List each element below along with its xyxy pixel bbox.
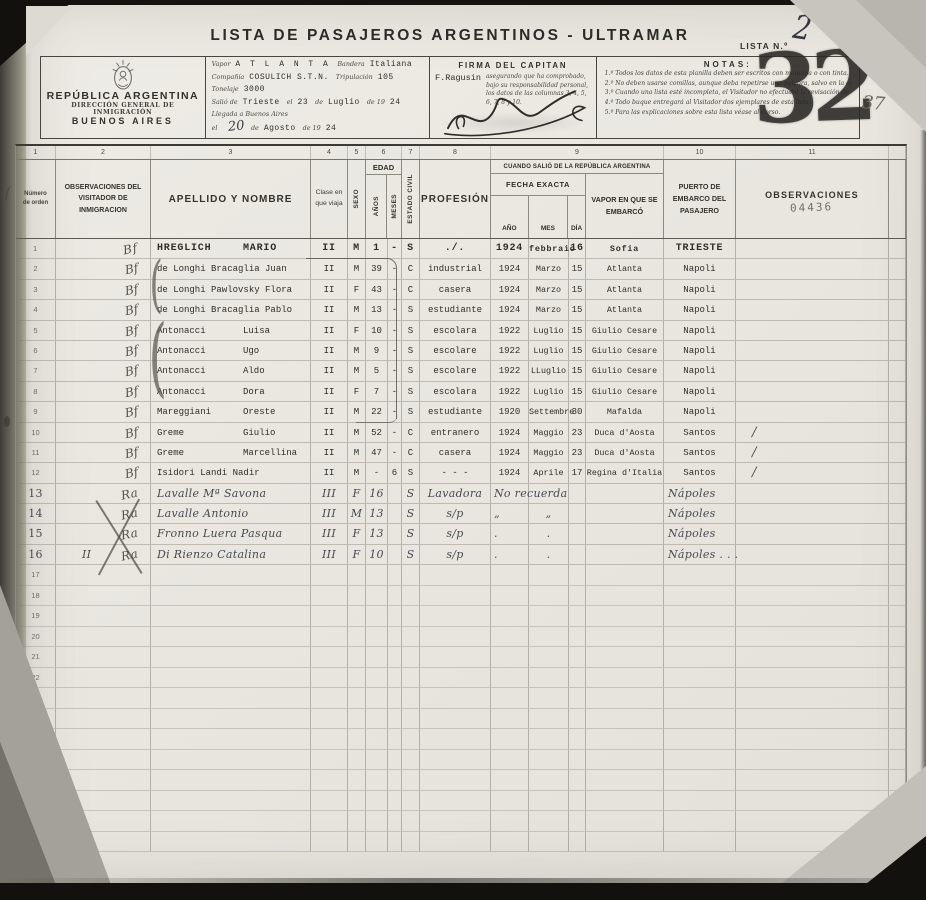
civil-status-cell: S <box>402 504 420 524</box>
visitor-mark: Bf <box>123 360 140 383</box>
travel-class-cell: II <box>311 239 348 259</box>
observations-cell: / <box>736 423 889 443</box>
exit-vessel-cell: Giulio Cesare <box>586 341 664 361</box>
visitor-mark-cell: Bf <box>56 321 151 341</box>
observations-cell <box>736 341 889 361</box>
profession-cell: ./. <box>420 239 491 259</box>
passenger-given-name: Luisa <box>243 321 270 341</box>
passenger-given-name: Giulio <box>243 423 275 443</box>
exit-month-cell: „ <box>529 504 569 524</box>
table-row: 10 Bf GremeGiulio II M 52 - C entranero … <box>16 423 906 443</box>
passenger-name-cell: Isidori Landi Nadir <box>151 463 311 483</box>
visitor-mark-cell: Ra <box>56 524 151 544</box>
exit-month-cell: . <box>529 545 569 565</box>
profession-cell: - - - <box>420 463 491 483</box>
sex-cell: M <box>348 504 366 524</box>
exit-day-cell: 16 <box>569 239 586 259</box>
passenger-name-cell: AntonacciAldo <box>151 361 311 381</box>
row-number: 12 <box>16 463 56 483</box>
embark-port-cell: Nápoles <box>664 504 736 524</box>
exit-vessel-cell <box>586 545 664 565</box>
family-group-brace: ( <box>149 314 167 400</box>
row-number: 17 <box>16 565 56 586</box>
table-row: 12 Bf Isidori Landi Nadir II M - 6 S - -… <box>16 463 906 483</box>
org-direction: DIRECCIÓN GENERAL DE INMIGRACIÓN <box>41 102 205 116</box>
departure-port: Trieste <box>243 98 280 107</box>
empty-table-row: 18 <box>16 586 906 607</box>
exit-month-cell <box>529 484 569 504</box>
arrival-label: Llegada a Buenos Aires <box>212 110 288 118</box>
passenger-name-cell: de Longhi Pawlovsky Flora <box>151 280 311 300</box>
empty-table-row: 17 <box>16 565 906 586</box>
row-number: 5 <box>16 321 56 341</box>
empty-table-row: 22 <box>16 668 906 689</box>
margin-cell <box>889 239 906 259</box>
exit-day-cell: 15 <box>569 300 586 320</box>
empty-table-row: 27 <box>16 770 906 791</box>
exit-month-cell: Marzo <box>529 259 569 279</box>
empty-table-row: 23 <box>16 688 906 709</box>
passenger-given-name: MARIO <box>243 239 277 259</box>
org-name: REPÚBLICA ARGENTINA <box>41 90 205 102</box>
margin-cell <box>889 300 906 320</box>
age-years-cell: 10 <box>366 545 388 565</box>
age-years-cell: 1 <box>366 239 388 259</box>
exit-year-cell: 1922 <box>491 382 529 402</box>
row-number: 13 <box>16 484 56 504</box>
embark-port-cell: Napoli <box>664 361 736 381</box>
age-months-cell <box>388 484 402 504</box>
passenger-surname: Mareggiani <box>157 407 211 417</box>
exit-day-cell: 15 <box>569 382 586 402</box>
passenger-given-name: Ugo <box>243 341 259 361</box>
arrival-day-handwritten: 20 <box>228 118 246 135</box>
header-age-group: EDAD AÑOS MESES <box>366 160 402 238</box>
observations-cell: / <box>736 463 889 483</box>
header-visitor-observations: OBSERVACIONES DEL VISITADOR DE INMIGRACI… <box>56 160 151 238</box>
visitor-mark-cell: Bf <box>56 463 151 483</box>
sex-cell: F <box>348 524 366 544</box>
captain-box: FIRMA DEL CAPITAN F.Ragusin asegurando q… <box>430 57 597 138</box>
exit-vessel-cell: Giulio Cesare <box>586 321 664 341</box>
row-number: 7 <box>16 361 56 381</box>
travel-class-cell: III <box>311 524 348 544</box>
header-class: Clase en que viaja <box>311 160 348 238</box>
observations-cell <box>736 280 889 300</box>
visitor-mark-cell: Bf <box>56 280 151 300</box>
exit-month-cell: Maggio <box>529 423 569 443</box>
exit-year-cell: 1922 <box>491 361 529 381</box>
exit-vessel-cell: Atlanta <box>586 280 664 300</box>
exit-year-cell: No recuerda <box>491 484 529 504</box>
row-number: 14 <box>16 504 56 524</box>
embark-port-cell: Napoli <box>664 321 736 341</box>
vessel-name: A T L A N T A <box>235 60 330 69</box>
exit-month-cell: Aprile <box>529 463 569 483</box>
age-months-cell <box>388 524 402 544</box>
age-months-cell: 6 <box>388 463 402 483</box>
age-years-cell: 13 <box>366 504 388 524</box>
company-value: COSULICH S.T.N. <box>249 73 329 82</box>
empty-table-row: 25 <box>16 729 906 750</box>
company-label: Compañía <box>212 73 245 81</box>
empty-table-row: 29 <box>16 811 906 832</box>
captain-signature <box>436 78 591 142</box>
embark-port-cell: TRIESTE <box>664 239 736 259</box>
header-exit-group: CUANDO SALIÓ DE LA REPÚBLICA ARGENTINA F… <box>491 160 664 238</box>
row-number: 10 <box>16 423 56 443</box>
visitor-mark: Bf <box>123 442 140 465</box>
sex-cell: M <box>348 239 366 259</box>
ship-row-company: Compañía COSULICH S.T.N. Tripulación 105 <box>212 73 423 86</box>
civil-status-cell: S <box>402 300 420 320</box>
empty-table-row: 30 <box>16 832 906 853</box>
header-exit-title: CUANDO SALIÓ DE LA REPÚBLICA ARGENTINA <box>491 160 663 174</box>
flag-value: Italiana <box>370 60 412 69</box>
visitor-mark-cell: Bf <box>56 239 151 259</box>
embark-port-cell: Napoli <box>664 382 736 402</box>
margin-cell <box>889 280 906 300</box>
ship-row-departure: Salió de Trieste el 23 de Luglio de 19 2… <box>212 98 423 111</box>
embark-port-cell: Napoli <box>664 341 736 361</box>
exit-vessel-cell: Giulio Cesare <box>586 382 664 402</box>
visitor-mark-cell: Bf <box>56 300 151 320</box>
exit-month-cell: . <box>529 524 569 544</box>
age-years-cell: 13 <box>366 524 388 544</box>
org-city: BUENOS AIRES <box>41 116 205 126</box>
visitor-mark-cell: Bf <box>56 361 151 381</box>
margin-cell <box>889 361 906 381</box>
profession-cell: escolare <box>420 341 491 361</box>
margin-cell <box>889 463 906 483</box>
row-number: 8 <box>16 382 56 402</box>
margin-cell <box>889 443 906 463</box>
header-info-boxes: REPÚBLICA ARGENTINA DIRECCIÓN GENERAL DE… <box>40 56 860 139</box>
travel-class-cell: III <box>311 504 348 524</box>
empty-table-row: 26 <box>16 750 906 771</box>
header-age-months: MESES <box>387 175 401 238</box>
page-right-edge-shadow <box>920 130 926 770</box>
civil-status-cell: C <box>402 259 420 279</box>
profession-cell: entranero <box>420 423 491 443</box>
exit-day-cell: 23 <box>569 423 586 443</box>
profession-cell: s/p <box>420 524 491 544</box>
exit-year-cell: . <box>491 545 529 565</box>
embark-port-cell: Napoli <box>664 259 736 279</box>
exit-day-cell <box>569 484 586 504</box>
profession-cell: s/p <box>420 504 491 524</box>
table-row: 14 Ra Lavalle Antonio III M 13 S s/p „ „… <box>16 504 906 524</box>
exit-year-cell: 1924 <box>491 259 529 279</box>
captain-box-title: FIRMA DEL CAPITAN <box>430 61 596 70</box>
margin-pencil-mark <box>4 416 10 427</box>
ship-info-box: Vapor A T L A N T A Bandera Italiana Com… <box>206 57 430 138</box>
exit-day-cell: 15 <box>569 280 586 300</box>
civil-status-cell: S <box>402 239 420 259</box>
passenger-given-name: Aldo <box>243 361 265 381</box>
exit-year-cell: 1924 <box>491 280 529 300</box>
visitor-mark: Bf <box>123 381 140 404</box>
row-number: 4 <box>16 300 56 320</box>
passenger-surname: Greme <box>157 428 184 438</box>
row-number: 6 <box>16 341 56 361</box>
exit-vessel-cell: Sofia <box>586 239 664 259</box>
profession-cell: Lavadora <box>420 484 491 504</box>
exit-month-cell: Settembre <box>529 402 569 422</box>
profession-cell: escolare <box>420 361 491 381</box>
profession-cell: casera <box>420 443 491 463</box>
exit-day-cell: 15 <box>569 341 586 361</box>
table-header-row: Número de orden OBSERVACIONES DEL VISITA… <box>16 160 906 239</box>
profession-cell: estudiante <box>420 402 491 422</box>
exit-month-cell: febbraio <box>529 239 569 259</box>
exit-month-cell: Maggio <box>529 443 569 463</box>
observations-cell <box>736 402 889 422</box>
civil-status-cell: C <box>402 280 420 300</box>
empty-table-row: 21 <box>16 647 906 668</box>
civil-status-cell: S <box>402 321 420 341</box>
exit-vessel-cell <box>586 504 664 524</box>
departure-day: 23 <box>298 98 309 107</box>
visitor-mark: Bf <box>123 258 140 281</box>
margin-cell <box>889 484 906 504</box>
observations-cell <box>736 239 889 259</box>
header-profession: PROFESIÓN <box>420 160 491 238</box>
travel-class-cell: III <box>311 545 348 565</box>
exit-vessel-cell <box>586 524 664 544</box>
visitor-mark: Bf <box>123 340 140 363</box>
margin-cell <box>889 423 906 443</box>
sex-cell: M <box>348 423 366 443</box>
visitor-mark: Bf <box>123 401 140 424</box>
passenger-name-cell: MareggianiOreste <box>151 402 311 422</box>
civil-status-cell: S <box>402 484 420 504</box>
header-year: AÑO <box>491 196 529 238</box>
header-margin-column <box>889 160 906 238</box>
departure-year: 24 <box>390 98 401 107</box>
embark-port-cell: Santos <box>664 443 736 463</box>
empty-table-row: 28 <box>16 791 906 812</box>
passenger-surname: de Longhi Pawlovsky Flora <box>157 285 292 295</box>
civil-status-cell: S <box>402 545 420 565</box>
exit-year-cell: 1922 <box>491 341 529 361</box>
row-number: 9 <box>16 402 56 422</box>
observations-cell <box>736 545 889 565</box>
profession-cell: estudiante <box>420 300 491 320</box>
ship-row-tonnage: Tonelaje 3000 <box>212 85 423 98</box>
profession-cell: escolara <box>420 321 491 341</box>
empty-table-row: 19 <box>16 606 906 627</box>
arrival-month: Agosto <box>264 124 296 133</box>
exit-day-cell: 23 <box>569 443 586 463</box>
observations-cell <box>736 300 889 320</box>
header-age: EDAD <box>366 160 401 175</box>
passenger-name-cell: Fronno Luera Pasqua <box>151 524 311 544</box>
org-box: REPÚBLICA ARGENTINA DIRECCIÓN GENERAL DE… <box>41 57 206 138</box>
passenger-surname: HREGLICH <box>157 243 211 254</box>
profession-cell: industrial <box>420 259 491 279</box>
age-months-cell <box>388 545 402 565</box>
observations-cell <box>736 259 889 279</box>
header-day: DÍA <box>568 196 585 238</box>
exit-year-cell: 1924 <box>491 239 529 259</box>
row-number: 11 <box>16 443 56 463</box>
civil-status-cell: S <box>402 341 420 361</box>
passenger-surname: Di Rienzo Catalina <box>157 548 266 561</box>
header-month: MES <box>529 196 569 238</box>
header-observations: OBSERVACIONES 04436 <box>736 160 889 238</box>
margin-cell <box>889 321 906 341</box>
passenger-name-cell: de Longhi Bracaglia Juan <box>151 259 311 279</box>
embark-port-cell: Napoli <box>664 402 736 422</box>
header-vessel: VAPOR EN QUE SE EMBARCÓ <box>586 174 663 238</box>
exit-month-cell: Marzo <box>529 280 569 300</box>
margin-cell <box>889 402 906 422</box>
visitor-premark: II <box>82 545 91 565</box>
exit-day-cell <box>569 545 586 565</box>
passenger-given-name: Dora <box>243 382 265 402</box>
observations-cell <box>736 524 889 544</box>
row-number: 19 <box>16 606 56 627</box>
header-age-years: AÑOS <box>366 175 387 238</box>
passenger-surname: Greme <box>157 448 184 458</box>
observations-cell <box>736 382 889 402</box>
age-months-cell: - <box>388 423 402 443</box>
age-years-cell: 16 <box>366 484 388 504</box>
scanned-passenger-list-page: LISTA DE PASAJEROS ARGENTINOS - ULTRAMAR… <box>0 0 926 900</box>
passenger-given-name: Marcellina <box>243 443 297 463</box>
passenger-name-cell: Lavalle Mª Savona <box>151 484 311 504</box>
civil-status-cell: S <box>402 463 420 483</box>
arrival-year: 24 <box>326 124 337 133</box>
exit-day-cell: 15 <box>569 259 586 279</box>
civil-status-cell: C <box>402 423 420 443</box>
embark-port-cell: Napoli <box>664 300 736 320</box>
row-number: 2 <box>16 259 56 279</box>
table-row: 11 Bf GremeMarcellina II M 47 - C casera… <box>16 443 906 463</box>
sex-cell: F <box>348 484 366 504</box>
observations-cell <box>736 361 889 381</box>
exit-month-cell: Marzo <box>529 300 569 320</box>
passenger-surname: de Longhi Bracaglia Pablo <box>157 305 292 315</box>
row-number: 18 <box>16 586 56 607</box>
exit-day-cell <box>569 524 586 544</box>
exit-year-cell: 1924 <box>491 300 529 320</box>
observations-cell <box>736 321 889 341</box>
tonnage-value: 3000 <box>244 85 265 94</box>
tonnage-label: Tonelaje <box>212 85 239 93</box>
passenger-surname: Lavalle Antonio <box>157 507 248 520</box>
row-number: 1 <box>16 239 56 259</box>
exit-vessel-cell: Atlanta <box>586 300 664 320</box>
embark-port-cell: Nápoles . . . <box>664 545 736 565</box>
travel-class-cell: II <box>311 423 348 443</box>
exit-year-cell: „ <box>491 504 529 524</box>
civil-status-cell: S <box>402 361 420 381</box>
exit-vessel-cell: Atlanta <box>586 259 664 279</box>
travel-class-cell: II <box>311 463 348 483</box>
header-embark-port: PUERTO DE EMBARCO DEL PASAJERO <box>664 160 736 238</box>
visitor-mark-cell: Bf <box>56 341 151 361</box>
vapor-label: Vapor <box>212 60 231 68</box>
header-order-number: Número de orden <box>16 160 56 238</box>
exit-month-cell: Luglio <box>529 382 569 402</box>
exit-vessel-cell: Duca d'Aosta <box>586 423 664 443</box>
photo-bottom-edge <box>0 883 926 900</box>
civil-status-cell: S <box>402 524 420 544</box>
observations-cell: / <box>736 443 889 463</box>
passenger-name-cell: de Longhi Bracaglia Pablo <box>151 300 311 320</box>
exit-year-cell: . <box>491 524 529 544</box>
crew-label: Tripulación <box>336 73 373 81</box>
civil-status-cell: S <box>402 402 420 422</box>
margin-cell <box>889 524 906 544</box>
visitor-mark: Bf <box>123 462 140 485</box>
pencil-age-bracket <box>306 258 397 419</box>
visitor-mark-cell: Bf <box>56 382 151 402</box>
row-number: 3 <box>16 280 56 300</box>
age-years-cell: 47 <box>366 443 388 463</box>
passenger-surname: Fronno Luera Pasqua <box>157 527 283 540</box>
age-months-cell: - <box>388 239 402 259</box>
exit-year-cell: 1924 <box>491 463 529 483</box>
table-row: 16 IIRa Di Rienzo Catalina III F 10 S s/… <box>16 545 906 565</box>
flag-label: Bandera <box>337 60 364 68</box>
pencil-age-bracket-hook <box>356 414 398 423</box>
profession-cell: escolara <box>420 382 491 402</box>
visitor-mark-cell: Bf <box>56 402 151 422</box>
exit-month-cell: Luglio <box>529 321 569 341</box>
visitor-mark-cell: Bf <box>56 423 151 443</box>
margin-cell <box>889 504 906 524</box>
visitor-mark-cell: Bf <box>56 443 151 463</box>
visitor-mark: Bf <box>121 238 140 261</box>
visitor-mark: Bf <box>123 319 140 342</box>
visitor-mark-cell: Bf <box>56 259 151 279</box>
exit-vessel-cell: Regina d'Italia <box>586 463 664 483</box>
exit-day-cell: 17 <box>569 463 586 483</box>
embark-port-cell: Santos <box>664 423 736 443</box>
civil-status-cell: S <box>402 382 420 402</box>
passenger-surname: Isidori Landi Nadir <box>157 468 260 478</box>
passenger-name-cell: AntonacciUgo <box>151 341 311 361</box>
exit-year-cell: 1920 <box>491 402 529 422</box>
row-number: 20 <box>16 627 56 648</box>
sex-cell: M <box>348 443 366 463</box>
margin-cell <box>889 382 906 402</box>
empty-table-row: 20 <box>16 627 906 648</box>
passenger-name-cell: AntonacciLuisa <box>151 321 311 341</box>
exit-year-cell: 1924 <box>491 423 529 443</box>
exit-day-cell <box>569 504 586 524</box>
empty-table-row: 24 <box>16 709 906 730</box>
exit-day-cell: 15 <box>569 321 586 341</box>
sex-cell: M <box>348 463 366 483</box>
margin-cell <box>889 341 906 361</box>
passenger-name-cell: Lavalle Antonio <box>151 504 311 524</box>
departed-label: Salió de <box>212 98 238 106</box>
passenger-given-name: Oreste <box>243 402 275 422</box>
observations-cell <box>736 504 889 524</box>
departure-month: Luglio <box>328 98 360 107</box>
travel-class-cell: II <box>311 443 348 463</box>
profession-cell: s/p <box>420 545 491 565</box>
passenger-name-cell: AntonacciDora <box>151 382 311 402</box>
table-row: 15 Ra Fronno Luera Pasqua III F 13 S s/p… <box>16 524 906 544</box>
exit-day-cell: 15 <box>569 361 586 381</box>
margin-cell <box>889 545 906 565</box>
exit-vessel-cell: Duca d'Aosta <box>586 443 664 463</box>
